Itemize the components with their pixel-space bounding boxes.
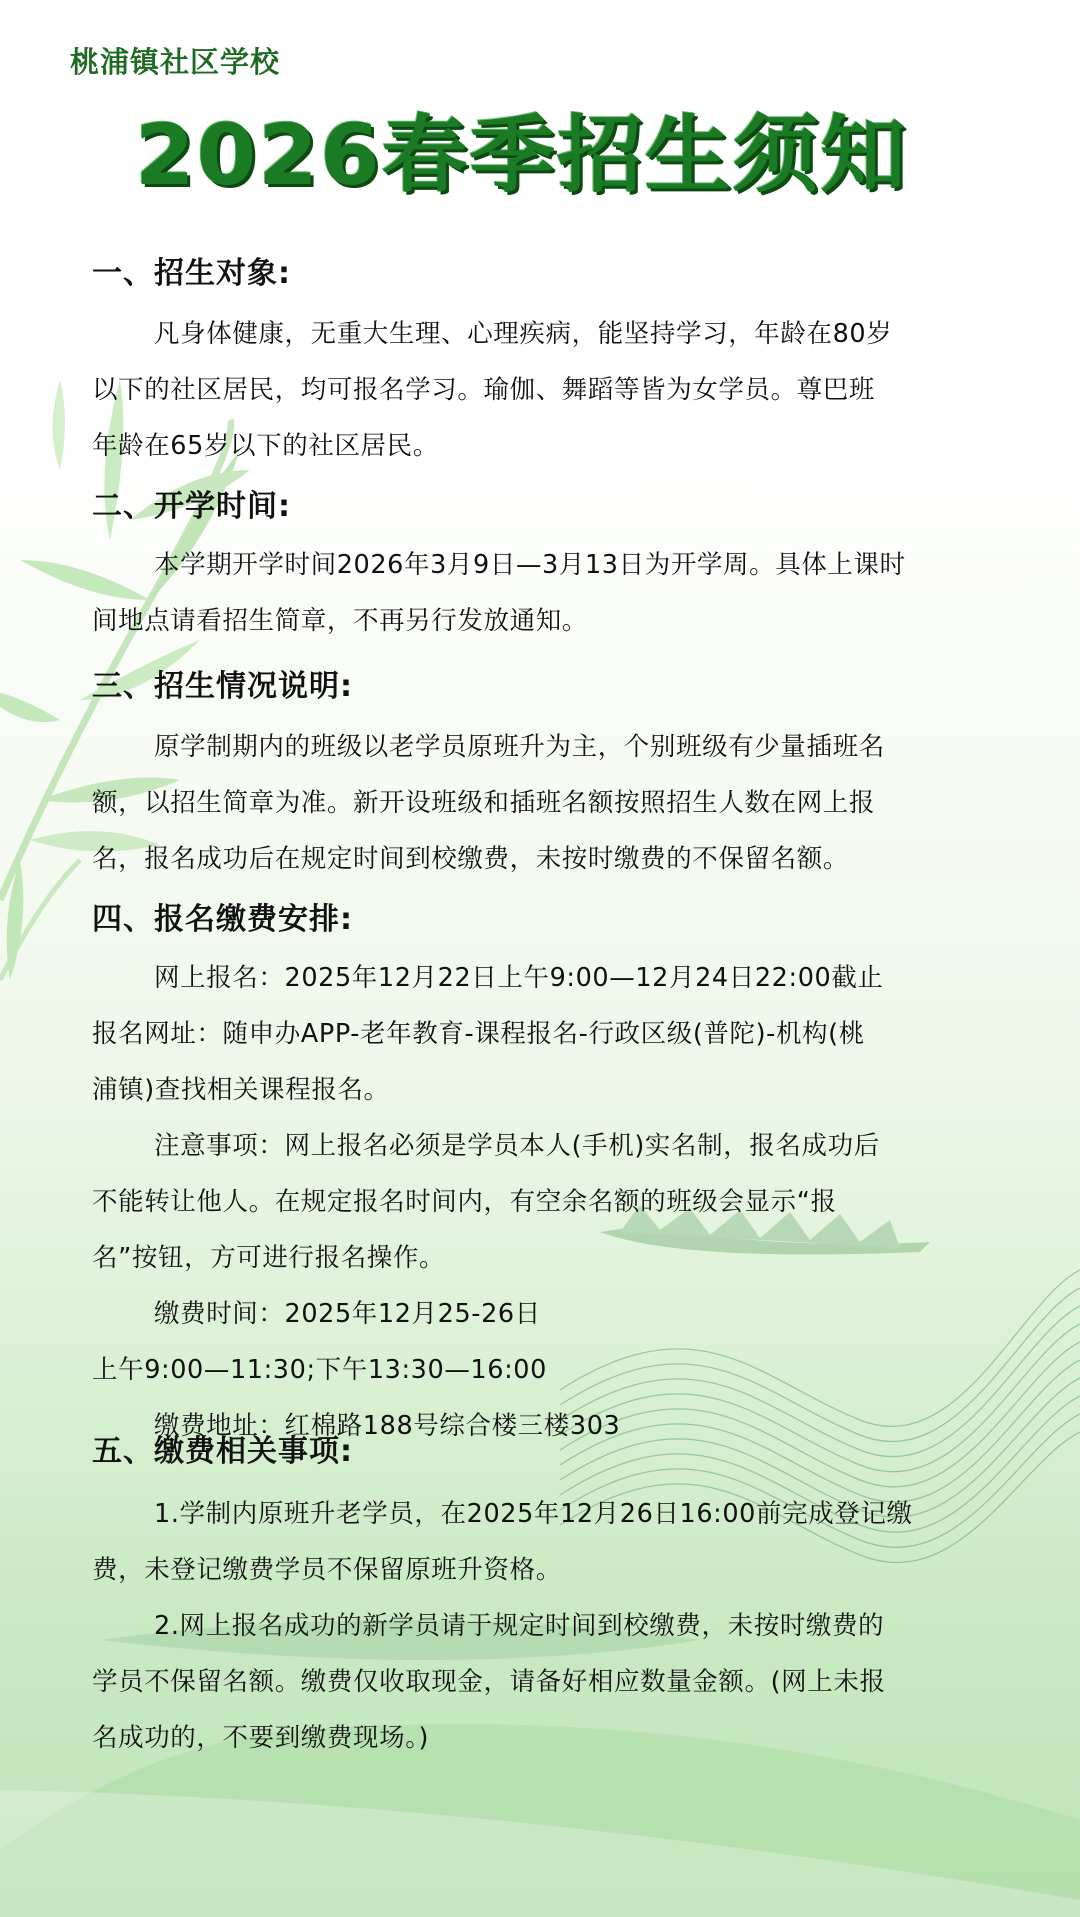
payment-hours: 上午9:00—11:30;下午13:30—16:00 bbox=[92, 1342, 1012, 1398]
text-line: 名，报名成功后在规定时间到校缴费，未按时缴费的不保留名额。 bbox=[92, 831, 1012, 887]
section-heading: 三、招生情况说明: bbox=[92, 665, 1012, 709]
section-body: 原学制期内的班级以老学员原班升为主，个别班级有少量插班名 额，以招生简章为准。新… bbox=[92, 719, 1012, 887]
section-body: 网上报名：2025年12月22日上午9:00—12月24日22:00截止 报名网… bbox=[92, 950, 1012, 1454]
text-line: 年龄在65岁以下的社区居民。 bbox=[92, 418, 1012, 474]
text-line: 费，未登记缴费学员不保留原班升资格。 bbox=[92, 1542, 1012, 1598]
section-heading: 四、报名缴费安排: bbox=[92, 898, 1012, 942]
text-line: 原学制期内的班级以老学员原班升为主，个别班级有少量插班名 bbox=[92, 719, 1012, 775]
school-name: 桃浦镇社区学校 bbox=[70, 40, 280, 81]
notes-line: 注意事项：网上报名必须是学员本人(手机)实名制，报名成功后 bbox=[92, 1118, 1012, 1174]
section-heading: 二、开学时间: bbox=[92, 485, 1012, 529]
page-title: 2026春季招生须知 bbox=[135, 88, 971, 209]
text-line: 间地点请看招生简章，不再另行发放通知。 bbox=[92, 593, 1012, 649]
section-payment-matters: 五、缴费相关事项: 1.学制内原班升老学员，在2025年12月26日16:00前… bbox=[92, 1430, 1012, 1766]
text-line: 凡身体健康，无重大生理、心理疾病，能坚持学习，年龄在80岁 bbox=[92, 306, 1012, 362]
payment-date: 缴费时间：2025年12月25-26日 bbox=[92, 1286, 1012, 1342]
text-line: 不能转让他人。在规定报名时间内，有空余名额的班级会显示“报 bbox=[92, 1174, 1012, 1230]
section-start-time: 二、开学时间: 本学期开学时间2026年3月9日—3月13日为开学周。具体上课时… bbox=[92, 485, 1012, 649]
text-line: 2.网上报名成功的新学员请于规定时间到校缴费，未按时缴费的 bbox=[92, 1598, 1012, 1654]
section-heading: 五、缴费相关事项: bbox=[92, 1430, 1012, 1474]
section-enrollment-details: 三、招生情况说明: 原学制期内的班级以老学员原班升为主，个别班级有少量插班名 额… bbox=[92, 665, 1012, 887]
online-registration-time: 网上报名：2025年12月22日上午9:00—12月24日22:00截止 bbox=[92, 950, 1012, 1006]
text-line: 学员不保留名额。缴费仅收取现金，请备好相应数量金额。(网上未报 bbox=[92, 1654, 1012, 1710]
section-registration-payment: 四、报名缴费安排: 网上报名：2025年12月22日上午9:00—12月24日2… bbox=[92, 898, 1012, 1454]
text-line: 浦镇)查找相关课程报名。 bbox=[92, 1062, 1012, 1118]
section-body: 本学期开学时间2026年3月9日—3月13日为开学周。具体上课时 间地点请看招生… bbox=[92, 537, 1012, 649]
text-line: 以下的社区居民，均可报名学习。瑜伽、舞蹈等皆为女学员。尊巴班 bbox=[92, 362, 1012, 418]
section-body: 1.学制内原班升老学员，在2025年12月26日16:00前完成登记缴 费，未登… bbox=[92, 1486, 1012, 1766]
section-body: 凡身体健康，无重大生理、心理疾病，能坚持学习，年龄在80岁 以下的社区居民，均可… bbox=[92, 306, 1012, 474]
section-enrollment-target: 一、招生对象: 凡身体健康，无重大生理、心理疾病，能坚持学习，年龄在80岁 以下… bbox=[92, 252, 1012, 474]
text-line: 额，以招生简章为准。新开设班级和插班名额按照招生人数在网上报 bbox=[92, 775, 1012, 831]
text-line: 名”按钮，方可进行报名操作。 bbox=[92, 1230, 1012, 1286]
registration-path: 报名网址：随申办APP-老年教育-课程报名-行政区级(普陀)-机构(桃 bbox=[92, 1006, 1012, 1062]
notice-document: 桃浦镇社区学校 2026春季招生须知 一、招生对象: 凡身体健康，无重大生理、心… bbox=[0, 0, 1080, 1917]
text-line: 1.学制内原班升老学员，在2025年12月26日16:00前完成登记缴 bbox=[92, 1486, 1012, 1542]
section-heading: 一、招生对象: bbox=[92, 252, 1012, 296]
text-line: 名成功的，不要到缴费现场。) bbox=[92, 1710, 1012, 1766]
text-line: 本学期开学时间2026年3月9日—3月13日为开学周。具体上课时 bbox=[92, 537, 1012, 593]
